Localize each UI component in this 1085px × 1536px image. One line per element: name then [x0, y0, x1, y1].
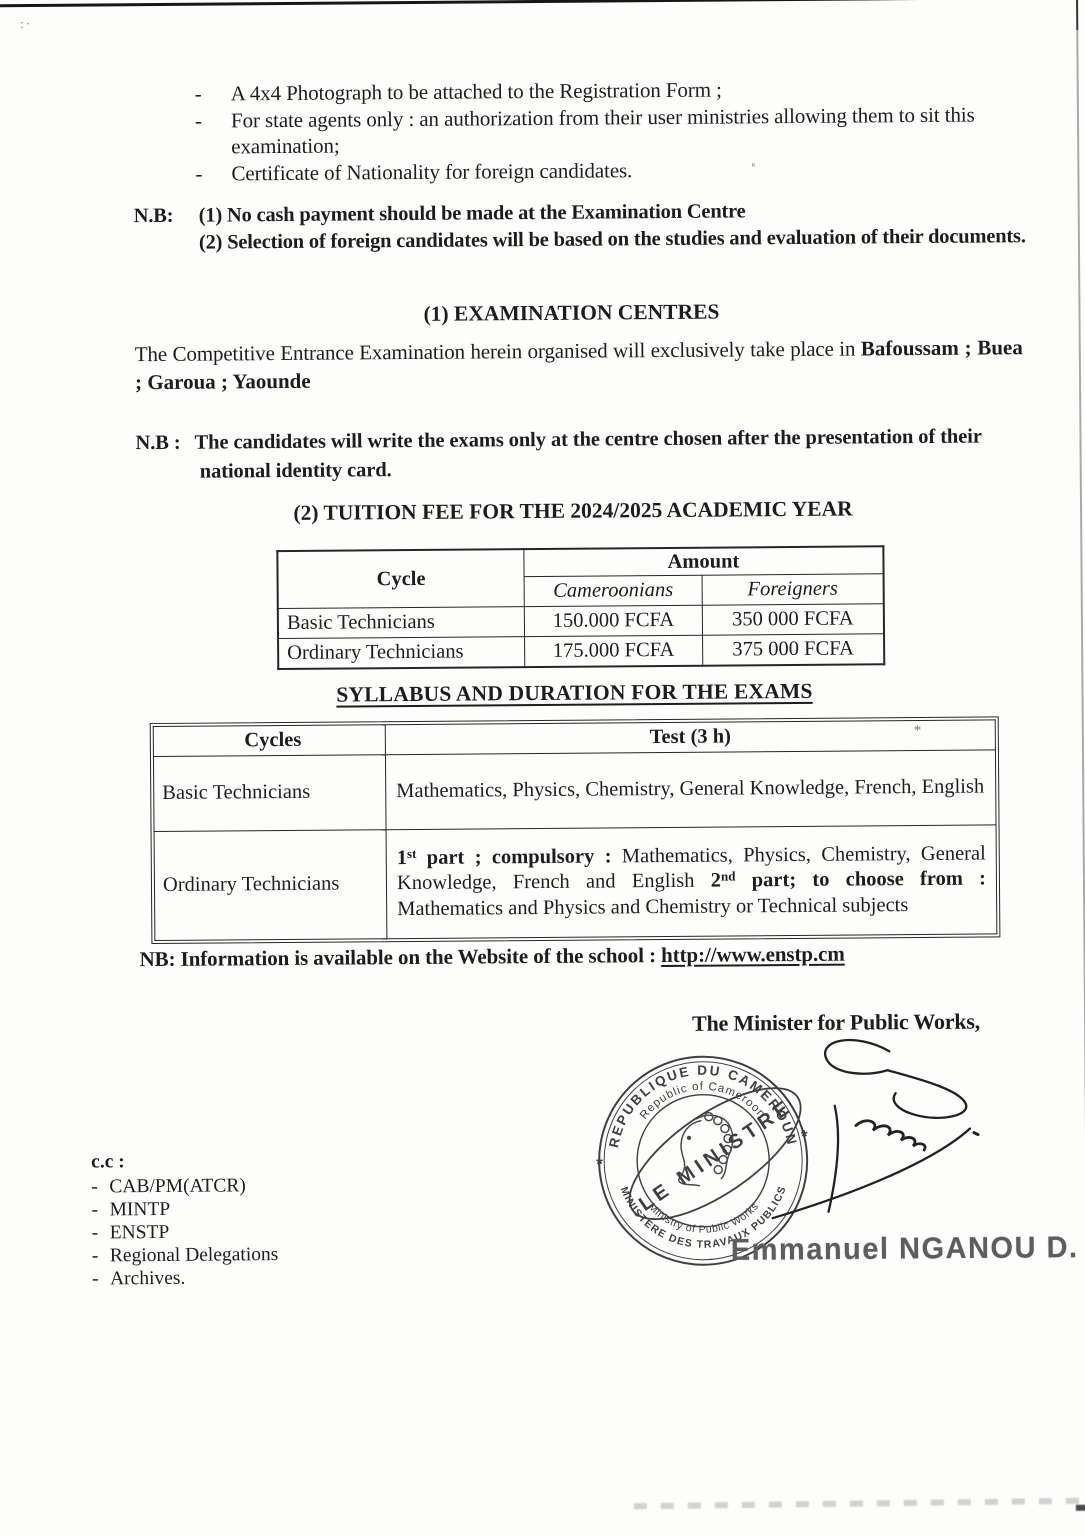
list-item: - MINTP	[91, 1198, 278, 1220]
list-item: - CAB/PM(ATCR)	[91, 1175, 278, 1197]
requirement-text: For state agents only : an authorization…	[231, 101, 1043, 160]
dash-bullet: -	[195, 160, 231, 187]
scan-edge-top	[0, 0, 1079, 7]
cc-item: Archives.	[110, 1268, 185, 1290]
cell-cycle: Basic Technicians	[278, 607, 525, 639]
table-row: Basic Technicians 150.000 FCFA 350 000 F…	[278, 604, 884, 639]
col-header-cameroonians: Cameroonians	[524, 575, 702, 606]
scan-blip-bottom	[1076, 1505, 1085, 1511]
centres-body: The Competitive Entrance Examination her…	[135, 336, 861, 366]
col-header-foreigners: Foreigners	[702, 574, 884, 605]
website-note: NB: Information is available on the Webs…	[139, 942, 844, 973]
examination-centres-paragraph: The Competitive Entrance Examination her…	[135, 333, 1023, 396]
dash-bullet: -	[195, 107, 231, 160]
requirement-text: Certificate of Nationality for foreign c…	[231, 157, 632, 187]
nb-text: The candidates will write the exams only…	[194, 426, 981, 483]
scan-edge-right	[1076, 0, 1085, 1532]
cell-fee-foreigners: 350 000 FCFA	[702, 604, 884, 635]
signature-stroke	[974, 1133, 978, 1135]
nb-item: (2) Selection of foreign candidates will…	[199, 223, 1026, 256]
col-header-amount: Amount	[524, 546, 884, 576]
scan-smear-bottom	[634, 1498, 1085, 1510]
list-item: - Archives.	[92, 1267, 279, 1289]
dash-bullet: -	[195, 80, 231, 107]
school-website-link[interactable]: http://www.enstp.cm	[661, 942, 845, 967]
document-sheet: :· * ᵤ - A 4x4 Photograph to be attached…	[0, 0, 1085, 1536]
cell-fee-cameroonians: 175.000 FCFA	[525, 635, 703, 667]
dash-bullet: -	[92, 1222, 110, 1243]
signature-stroke	[887, 1070, 966, 1119]
nb-centre-note: N.B :The candidates will write the exams…	[135, 422, 1031, 487]
list-item: - For state agents only : an authorizati…	[195, 101, 1043, 161]
col-header-cycle: Cycle	[277, 549, 524, 608]
dash-bullet: -	[92, 1268, 110, 1289]
table-row: Basic Technicians Mathematics, Physics, …	[153, 750, 996, 832]
minister-signature	[737, 1026, 1039, 1238]
website-note-text: NB: Information is available on the Webs…	[139, 943, 661, 971]
cell-cycle: Ordinary Technicians	[278, 637, 525, 669]
tuition-fee-table: Cycle Amount Cameroonians Foreigners Bas…	[276, 545, 885, 670]
signer-name: Emmanuel NGANOU D.	[731, 1231, 1079, 1268]
cell-fee-cameroonians: 150.000 FCFA	[524, 605, 702, 636]
nb-payment-note: N.B: (1) No cash payment should be made …	[134, 196, 1032, 257]
part2-subjects: Mathematics and Physics and Chemistry or…	[397, 894, 908, 920]
dash-bullet: -	[91, 1199, 109, 1220]
cc-item: CAB/PM(ATCR)	[109, 1175, 246, 1197]
list-item: - Regional Delegations	[92, 1244, 279, 1266]
list-item: - ENSTP	[92, 1221, 279, 1243]
cell-cycle: Basic Technicians	[153, 755, 386, 832]
table-row: Ordinary Technicians 175.000 FCFA 375 00…	[278, 634, 884, 669]
scan-corner-mark: :·	[20, 16, 32, 32]
requirement-text: A 4x4 Photograph to be attached to the R…	[231, 77, 722, 107]
examination-centres-heading: (1) EXAMINATION CENTRES	[126, 297, 1016, 329]
signature-stroke	[825, 1040, 889, 1074]
dash-bullet: -	[91, 1176, 109, 1197]
dash-bullet: -	[92, 1245, 110, 1266]
part1-bold: 1st part ; compulsory :	[397, 845, 612, 869]
signature-stroke	[772, 1129, 971, 1219]
cell-subjects: 1st part ; compulsory : Mathematics, Phy…	[386, 825, 997, 939]
cell-cycle: Ordinary Technicians	[154, 830, 387, 941]
table-row: Ordinary Technicians 1st part ; compulso…	[154, 825, 997, 941]
scanned-document-page: :· * ᵤ - A 4x4 Photograph to be attached…	[0, 0, 1085, 1536]
col-header-cycles: Cycles	[153, 725, 385, 757]
stamp-star-left: *	[596, 1155, 603, 1174]
col-header-test: Test (3 h)	[385, 720, 995, 755]
list-item: - Certificate of Nationality for foreign…	[195, 154, 1043, 187]
cc-item: MINTP	[109, 1199, 170, 1220]
syllabus-heading: SYLLABUS AND DURATION FOR THE EXAMS	[129, 677, 1019, 709]
cc-item: Regional Delegations	[110, 1244, 279, 1266]
cc-list: c.c : - CAB/PM(ATCR) - MINTP - ENSTP - R…	[91, 1150, 278, 1289]
nb-items: (1) No cash payment should be made at th…	[199, 196, 1026, 256]
syllabus-table: Cycles Test (3 h) Basic Technicians Math…	[150, 716, 1001, 944]
requirements-list: - A 4x4 Photograph to be attached to the…	[195, 74, 1044, 187]
cell-subjects: Mathematics, Physics, Chemistry, General…	[385, 750, 996, 830]
nb-label: N.B :	[135, 432, 180, 454]
cc-label: c.c :	[91, 1150, 278, 1172]
part2-bold: 2nd part; to choose from :	[711, 868, 986, 892]
signature-stroke	[856, 1120, 925, 1150]
cell-fee-foreigners: 375 000 FCFA	[703, 634, 885, 666]
tuition-fee-heading: (2) TUITION FEE FOR THE 2024/2025 ACADEM…	[128, 495, 1018, 527]
cc-item: ENSTP	[110, 1222, 170, 1243]
nb-label: N.B:	[134, 203, 199, 258]
